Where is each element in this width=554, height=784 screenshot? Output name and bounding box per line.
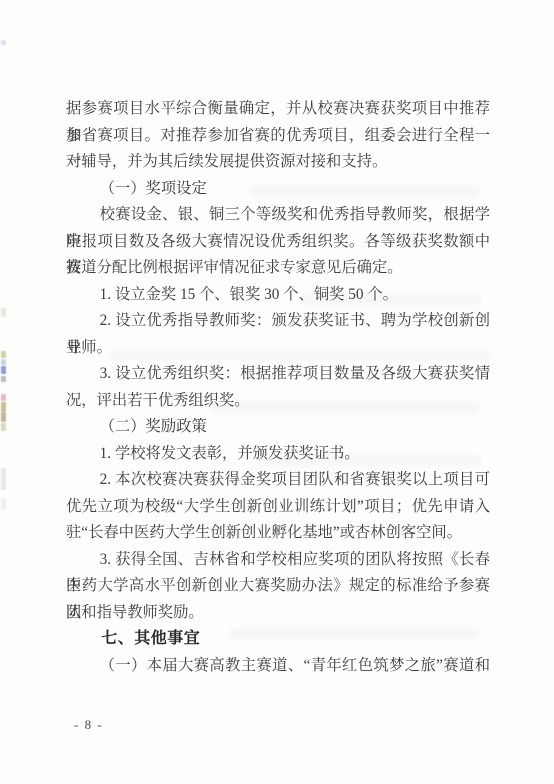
body-line: 加省赛项目。对推荐参加省赛的优秀项目，组委会进行全程一对 (66, 123, 490, 150)
body-line: 3. 设立优秀组织奖：根据推荐项目数量及各级大赛获奖情 (66, 361, 490, 388)
body-line: 赛道分配比例根据评审情况征求专家意见后确定。 (66, 255, 490, 282)
body-line: 据参赛项目水平综合衡量确定，并从校赛决赛获奖项目中推荐参 (66, 96, 490, 123)
body-line: 校赛设金、银、铜三个等级奖和优秀指导教师奖，根据学院 (66, 202, 490, 229)
body-line: 医药大学高水平创新创业大赛奖励办法》规定的标准给予参赛团 (66, 573, 490, 600)
document-page: 据参赛项目水平综合衡量确定，并从校赛决赛获奖项目中推荐参 加省赛项目。对推荐参加… (0, 0, 554, 784)
document-body: 据参赛项目水平综合衡量确定，并从校赛决赛获奖项目中推荐参 加省赛项目。对推荐参加… (66, 96, 490, 679)
body-line: 申报项目数及各级大赛情况设优秀组织奖。各等级获奖数额中按 (66, 229, 490, 256)
subsection-heading-award-settings: （一）奖项设定 (66, 176, 490, 203)
body-line: 优先立项为校级“大学生创新创业训练计划”项目；优先申请入 (66, 494, 490, 521)
body-line: 况，评出若干优秀组织奖。 (66, 388, 490, 415)
body-line: 一辅导，并为其后续发展提供资源对接和支持。 (66, 149, 490, 176)
body-line-award-counts: 1. 设立金奖 15 个、银奖 30 个、铜奖 50 个。 (66, 282, 490, 309)
subsection-heading-reward-policy: （二）奖励政策 (66, 414, 490, 441)
body-line: 驻“长春中医药大学生创新创业孵化基地”或杏林创客空间。 (66, 520, 490, 547)
body-line: （一）本届大赛高教主赛道、“青年红色筑梦之旅”赛道和 (66, 653, 490, 680)
body-line: 3. 获得全国、吉林省和学校相应奖项的团队将按照《长春中 (66, 547, 490, 574)
body-line: 导师。 (66, 335, 490, 362)
body-line: 2. 本次校赛决赛获得金奖项目团队和省赛银奖以上项目可 (66, 467, 490, 494)
page-number: - 8 - (74, 717, 103, 733)
body-line: 2. 设立优秀指导教师奖：颁发获奖证书、聘为学校创新创业 (66, 308, 490, 335)
body-line: 队和指导教师奖励。 (66, 600, 490, 627)
section-heading-other-matters: 七、其他事宜 (66, 626, 490, 653)
body-line: 1. 学校将发文表彰，并颁发获奖证书。 (66, 441, 490, 468)
